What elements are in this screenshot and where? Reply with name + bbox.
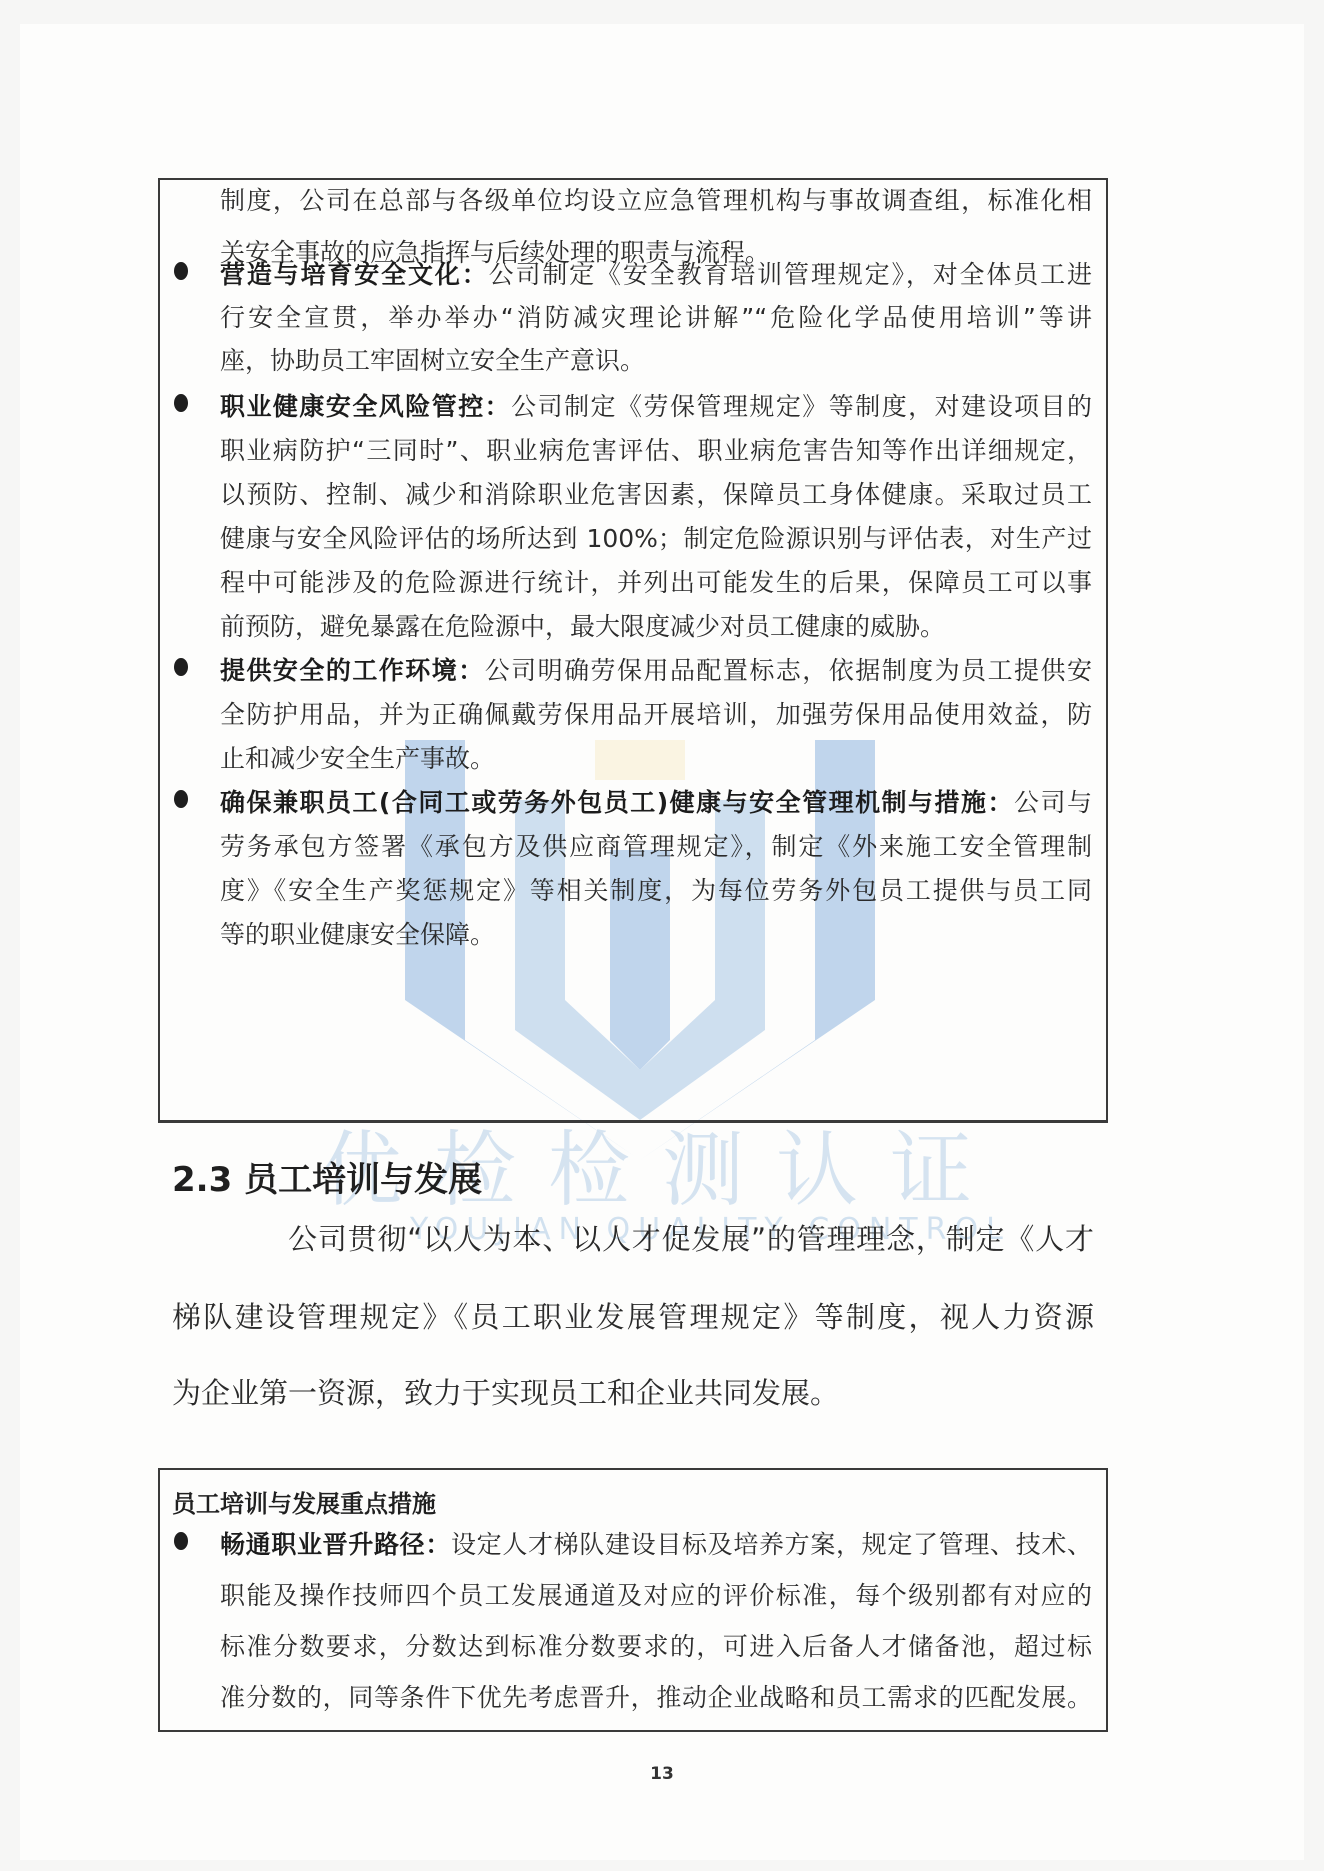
list-item-line: 前预防，避免暴露在危险源中，最大限度减少对员工健康的威胁。 — [220, 612, 1092, 642]
list-item-line: 等的职业健康安全保障。 — [220, 920, 1092, 950]
list-item: 职业健康安全风险管控：公司制定《劳保管理规定》等制度，对建设项目的 — [220, 392, 1092, 422]
paragraph-line: 为企业第一资源，致力于实现员工和企业共同发展。 — [172, 1376, 1094, 1410]
item-title: 确保兼职员工(合同工或劳务外包员工)健康与安全管理机制与措施： — [220, 788, 1014, 817]
list-item: 确保兼职员工(合同工或劳务外包员工)健康与安全管理机制与措施：公司与 — [220, 788, 1092, 818]
list-item-line: 劳务承包方签署《承包方及供应商管理规定》，制定《外来施工安全管理制 — [220, 832, 1092, 862]
paragraph-line: 公司贯彻“以人为本、以人才促发展”的管理理念，制定《人才 — [230, 1222, 1094, 1256]
item-title: 畅通职业晋升路径： — [220, 1530, 451, 1559]
list-item: 营造与培育安全文化：公司制定《安全教育培训管理规定》，对全体员工进 — [220, 260, 1092, 290]
continued-line: 制度，公司在总部与各级单位均设立应急管理机构与事故调查组，标准化相 — [220, 186, 1092, 216]
list-item-line: 以预防、控制、减少和消除职业危害因素，保障员工身体健康。采取过员工 — [220, 480, 1092, 510]
list-item-line: 止和减少安全生产事故。 — [220, 744, 1092, 774]
bullet-icon — [174, 1532, 188, 1550]
list-item: 提供安全的工作环境：公司明确劳保用品配置标志，依据制度为员工提供安 — [220, 656, 1092, 686]
list-item-line: 度》《安全生产奖惩规定》等相关制度，为每位劳务外包员工提供与员工同 — [220, 876, 1092, 906]
training-measures-box: 员工培训与发展重点措施 畅通职业晋升路径：设定人才梯队建设目标及培养方案，规定了… — [158, 1468, 1108, 1732]
paragraph-line: 梯队建设管理规定》《员工职业发展管理规定》等制度，视人力资源 — [172, 1300, 1094, 1334]
item-title: 提供安全的工作环境： — [220, 656, 485, 685]
page-number: 13 — [0, 1764, 1324, 1784]
list-item: 畅通职业晋升路径：设定人才梯队建设目标及培养方案，规定了管理、技术、 — [220, 1530, 1092, 1560]
list-item-line: 准分数的，同等条件下优先考虑晋升，推动企业战略和员工需求的匹配发展。 — [220, 1683, 1092, 1713]
list-item-line: 座，协助员工牢固树立安全生产意识。 — [220, 346, 1092, 376]
bullet-icon — [174, 658, 188, 676]
list-item-line: 职业病防护“三同时”、职业病危害评估、职业病危害告知等作出详细规定， — [220, 436, 1092, 466]
list-item-line: 全防护用品，并为正确佩戴劳保用品开展培训，加强劳保用品使用效益，防 — [220, 700, 1092, 730]
list-item-line: 职能及操作技师四个员工发展通道及对应的评价标准，每个级别都有对应的 — [220, 1581, 1092, 1611]
item-title: 营造与培育安全文化： — [220, 260, 489, 289]
list-item-line: 健康与安全风险评估的场所达到 100%；制定危险源识别与评估表，对生产过 — [220, 524, 1092, 554]
bullet-icon — [174, 262, 188, 280]
list-item-line: 程中可能涉及的危险源进行统计，并列出可能发生的后果，保障员工可以事 — [220, 568, 1092, 598]
item-title: 职业健康安全风险管控： — [220, 392, 511, 421]
bullet-icon — [174, 790, 188, 808]
list-item-line: 标准分数要求，分数达到标准分数要求的，可进入后备人才储备池，超过标 — [220, 1632, 1092, 1662]
safety-measures-box: 制度，公司在总部与各级单位均设立应急管理机构与事故调查组，标准化相 关安全事故的… — [158, 178, 1108, 1123]
section-heading: 2.3 员工培训与发展 — [172, 1152, 482, 1201]
bullet-icon — [174, 394, 188, 412]
box-title: 员工培训与发展重点措施 — [172, 1484, 436, 1519]
list-item-line: 行安全宣贯，举办举办“消防减灾理论讲解”“危险化学品使用培训”等讲 — [220, 303, 1092, 333]
